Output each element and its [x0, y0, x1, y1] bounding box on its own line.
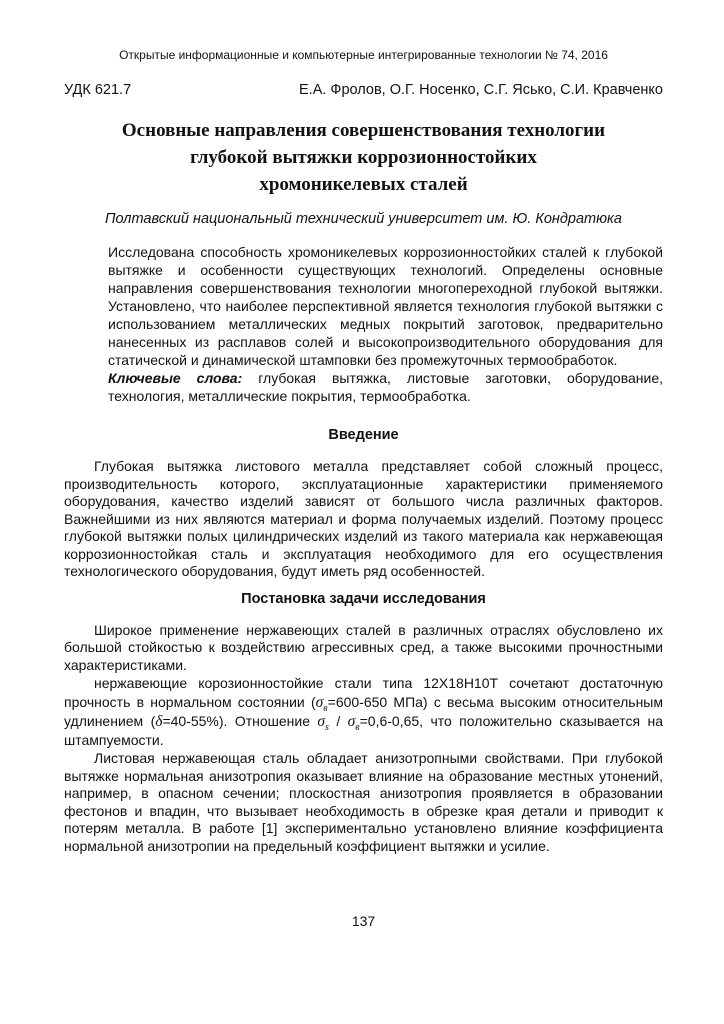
- udc-code: УДК 621.7: [64, 82, 131, 99]
- affiliation: Полтавский национальный технический унив…: [64, 211, 663, 228]
- article-title-line3: хромоникелевых сталей: [64, 171, 663, 198]
- problem-paragraph-3: Листовая нержавеющая сталь обладает аниз…: [64, 750, 663, 855]
- sigma-b-symbol: σв: [316, 694, 328, 711]
- article-title: Основные направления совершенствования т…: [64, 117, 663, 198]
- p2-text-4: /: [329, 713, 348, 729]
- abstract-text: Исследована способность хромоникелевых к…: [108, 243, 663, 369]
- sigma-b-symbol: σв: [348, 713, 360, 730]
- sigma-glyph: σ: [317, 713, 325, 730]
- abstract-block: Исследована способность хромоникелевых к…: [108, 243, 663, 405]
- problem-paragraph-1: Широкое применение нержавеющих сталей в …: [64, 622, 663, 675]
- p2-text-3: =40-55%). Отношение: [162, 713, 317, 729]
- sigma-s-symbol: σs: [317, 713, 329, 730]
- problem-paragraph-2: нержавеющие корозионностойкие стали типа…: [64, 674, 663, 750]
- section-heading-introduction: Введение: [64, 427, 663, 444]
- authors-line: Е.А. Фролов, О.Г. Носенко, С.Г. Ясько, С…: [299, 82, 663, 99]
- document-page: Открытые информационные и компьютерные и…: [0, 0, 724, 1024]
- journal-header: Открытые информационные и компьютерные и…: [64, 48, 663, 62]
- article-title-line2: глубокой вытяжки коррозионностойких: [64, 144, 663, 171]
- keywords-label: Ключевые слова:: [108, 370, 242, 386]
- introduction-paragraph: Глубокая вытяжка листового металла предс…: [64, 458, 663, 581]
- udc-authors-row: УДК 621.7 Е.А. Фролов, О.Г. Носенко, С.Г…: [64, 82, 663, 99]
- article-title-line1: Основные направления совершенствования т…: [64, 117, 663, 144]
- keywords-line: Ключевые слова: глубокая вытяжка, листов…: [108, 369, 663, 405]
- section-heading-problem-statement: Постановка задачи исследования: [64, 591, 663, 608]
- page-number: 137: [64, 913, 663, 930]
